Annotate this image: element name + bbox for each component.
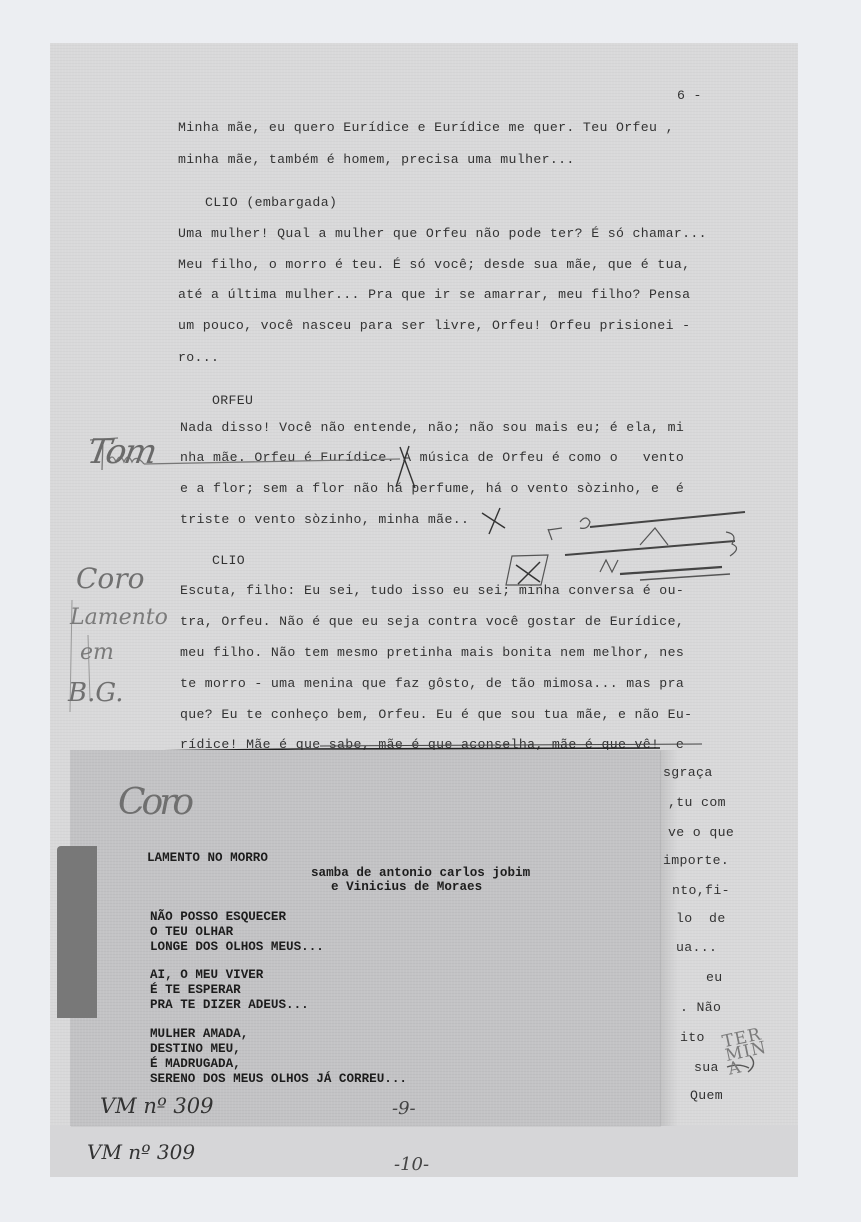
lyric-line: DESTINO MEU, [150,1042,241,1057]
line-fragment: . Não [680,1000,721,1015]
dialogue-line: nha mãe. Orfeu é Eurídice. A música de O… [180,450,684,465]
lyric-line: É MADRUGADA, [150,1057,241,1072]
slip-note-coro: Coro [118,782,190,823]
slip-edge-shadow [660,750,678,1126]
line-fragment: sua [694,1060,719,1075]
dialogue-line: triste o vento sòzinho, minha mãe.. [180,512,469,527]
archive-reference: VM nº 309 [100,1094,214,1118]
dialogue-line: te morro - uma menina que faz gôsto, de … [180,676,684,691]
dialogue-line: Meu filho, o morro é teu. É só você; des… [178,257,690,272]
speaker-clio: CLIO [212,553,245,568]
speaker-clio: CLIO (embargada) [205,195,337,210]
speaker-orfeu: ORFEU [212,393,253,408]
margin-note-line: B.G. [68,678,123,708]
line-fragment: eu [706,970,723,985]
song-credit: e Vinicius de Moraes [331,880,482,895]
page-footer-number: -10- [394,1154,429,1175]
song-title: LAMENTO NO MORRO [147,851,268,866]
script-line: Minha mãe, eu quero Eurídice e Eurídice … [178,120,674,135]
dialogue-line: Nada disso! Você não entende, não; não s… [180,420,684,435]
margin-note-tom: Tom [84,432,158,472]
lyric-line: SERENO DOS MEUS OLHOS JÁ CORREU... [150,1072,407,1087]
dialogue-line: tra, Orfeu. Não é que eu seja contra voc… [180,614,684,629]
line-fragment: Quem [690,1088,723,1103]
margin-note-line: Lamento [70,605,168,630]
line-fragment: ua... [676,940,717,955]
lyric-line: NÃO POSSO ESQUECER [150,910,286,925]
lyric-line: AI, O MEU VIVER [150,968,263,983]
lyric-line: LONGE DOS OLHOS MEUS... [150,940,324,955]
page-number: 6 - [677,88,702,103]
dialogue-line: um pouco, você nasceu para ser livre, Or… [178,318,690,333]
dialogue-line: Uma mulher! Qual a mulher que Orfeu não … [178,226,707,241]
lyric-line: MULHER AMADA, [150,1027,248,1042]
margin-note-line: Coro [76,562,145,595]
script-line: minha mãe, também é homem, precisa uma m… [178,152,575,167]
dialogue-line: ro... [178,350,219,365]
dialogue-line: que? Eu te conheço bem, Orfeu. Eu é que … [180,707,692,722]
line-fragment: ito [680,1030,705,1045]
lyric-line: O TEU OLHAR [150,925,233,940]
song-credit: samba de antonio carlos jobim [311,866,530,881]
dialogue-line: até a última mulher... Pra que ir se ama… [178,287,690,302]
dark-tab [57,846,97,1018]
archive-reference: VM nº 309 [87,1140,195,1164]
lyric-line: É TE ESPERAR [150,983,241,998]
slip-page-number: -9- [392,1098,416,1119]
dialogue-line: Escuta, filho: Eu sei, tudo isso eu sei;… [180,583,684,598]
margin-note-line: em [80,640,114,665]
dialogue-line: meu filho. Não tem mesmo pretinha mais b… [180,645,684,660]
line-fragment: lo de [676,911,726,926]
lyric-line: PRA TE DIZER ADEUS... [150,998,309,1013]
dialogue-line: e a flor; sem a flor não há perfume, há … [180,481,684,496]
line-fragment: nto,fi- [672,883,730,898]
